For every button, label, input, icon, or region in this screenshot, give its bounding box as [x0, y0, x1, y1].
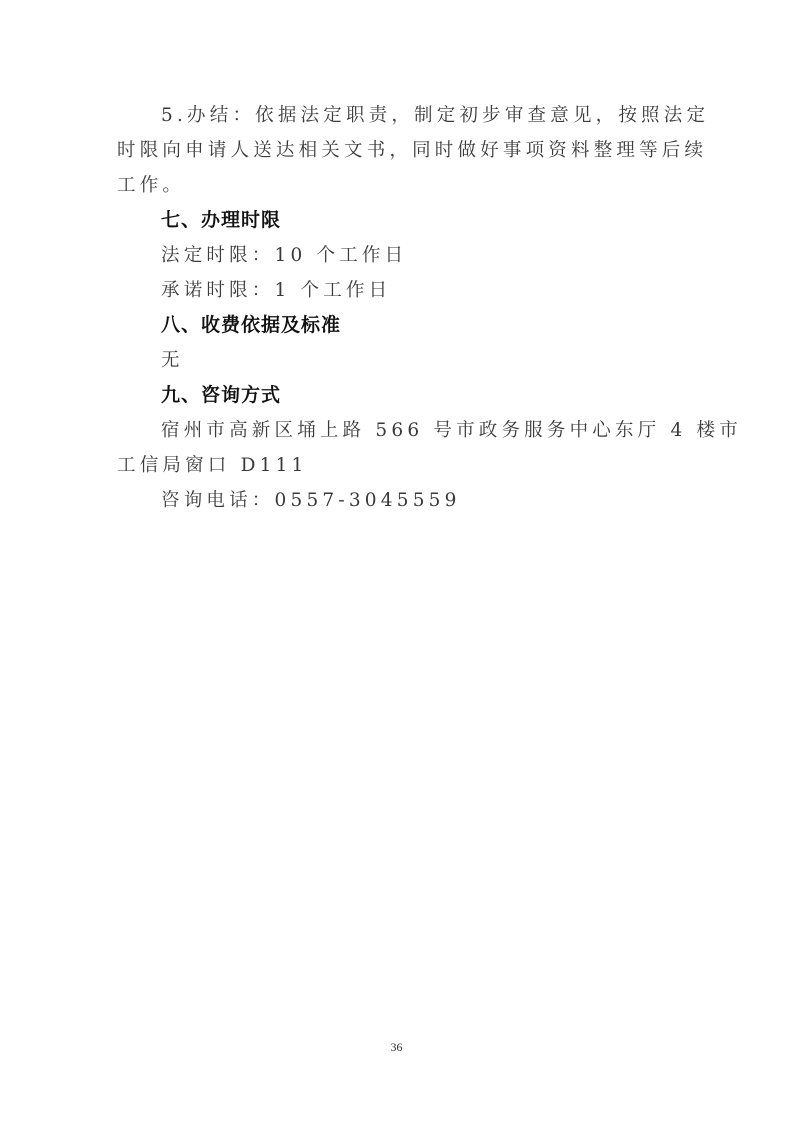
process-step-5-line-1: 5.办结：依据法定职责，制定初步审查意见，按照法定	[117, 98, 677, 133]
process-step-5-line-3: 工作。	[117, 168, 677, 203]
document-body: 5.办结：依据法定职责，制定初步审查意见，按照法定 时限向申请人送达相关文书，同…	[117, 98, 677, 518]
consultation-address-line-2: 工信局窗口 D111	[117, 448, 677, 483]
consultation-phone: 咨询电话：0557-3045559	[117, 483, 677, 518]
fees-value: 无	[117, 343, 677, 378]
promised-time-limit: 承诺时限：1 个工作日	[117, 273, 677, 308]
section-heading-consultation: 九、咨询方式	[117, 378, 677, 413]
page-number: 36	[0, 1040, 793, 1055]
consultation-address-line-1: 宿州市高新区埇上路 566 号市政务服务中心东厅 4 楼市	[117, 413, 677, 448]
legal-time-limit: 法定时限：10 个工作日	[117, 238, 677, 273]
section-heading-fees: 八、收费依据及标准	[117, 308, 677, 343]
section-heading-time-limit: 七、办理时限	[117, 203, 677, 238]
process-step-5-line-2: 时限向申请人送达相关文书，同时做好事项资料整理等后续	[117, 133, 677, 168]
